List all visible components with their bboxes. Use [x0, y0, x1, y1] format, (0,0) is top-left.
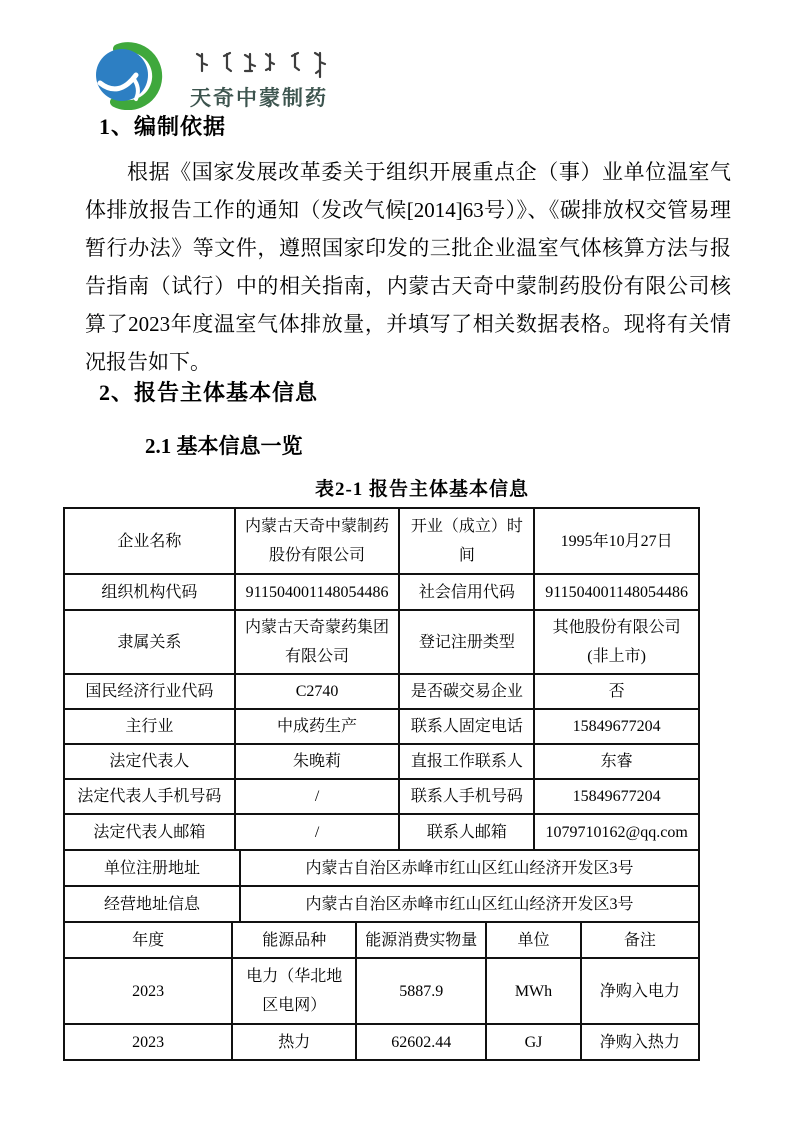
cell-value: 其他股份有限公司 (非上市) — [534, 610, 699, 674]
cell-value: 1995年10月27日 — [534, 508, 699, 574]
cell-value: C2740 — [235, 674, 400, 709]
cell-label: 法定代表人 — [64, 744, 235, 779]
address-table: 单位注册地址 内蒙古自治区赤峰市红山区红山经济开发区3号 经营地址信息 内蒙古自… — [63, 849, 700, 923]
basic-info-table: 企业名称 内蒙古天奇中蒙制药 股份有限公司 开业（成立）时 间 1995年10月… — [63, 507, 700, 1061]
cell-value: 内蒙古自治区赤峰市红山区红山经济开发区3号 — [240, 850, 699, 886]
cell-value: / — [235, 779, 400, 814]
cell-label: 联系人手机号码 — [399, 779, 534, 814]
energy-table: 年度 能源品种 能源消费实物量 单位 备注 2023 电力（华北地 区电网） 5… — [63, 921, 700, 1061]
cell-label: 法定代表人手机号码 — [64, 779, 235, 814]
column-header: 单位 — [486, 922, 581, 958]
cell-value: 1079710162@qq.com — [534, 814, 699, 850]
brand-name: 天奇中蒙制药 — [190, 82, 334, 112]
cell-label: 企业名称 — [64, 508, 235, 574]
cell-value: 15849677204 — [534, 779, 699, 814]
table-caption: 表2-1 报告主体基本信息 — [50, 474, 794, 501]
table-row: 隶属关系 内蒙古天奇蒙药集团 有限公司 登记注册类型 其他股份有限公司 (非上市… — [64, 610, 699, 674]
cell-value: 中成药生产 — [235, 709, 400, 744]
cell-value: 净购入热力 — [581, 1024, 699, 1060]
table-row: 法定代表人邮箱 / 联系人邮箱 1079710162@qq.com — [64, 814, 699, 850]
cell-label: 登记注册类型 — [399, 610, 534, 674]
cell-label: 经营地址信息 — [64, 886, 240, 922]
table-row: 2023 热力 62602.44 GJ 净购入热力 — [64, 1024, 699, 1060]
cell-value: / — [235, 814, 400, 850]
cell-label: 组织机构代码 — [64, 574, 235, 610]
intro-paragraph: 根据《国家发展改革委关于组织开展重点企（事）业单位温室气体排放报告工作的通知（发… — [85, 153, 731, 381]
cell-value: 5887.9 — [356, 958, 486, 1024]
cell-value: 62602.44 — [356, 1024, 486, 1060]
table-row: 组织机构代码 911504001148054486 社会信用代码 9115040… — [64, 574, 699, 610]
section-2-1-heading: 2.1 基本信息一览 — [145, 430, 303, 460]
cell-label: 单位注册地址 — [64, 850, 240, 886]
cell-label: 法定代表人邮箱 — [64, 814, 235, 850]
table-row: 企业名称 内蒙古天奇中蒙制药 股份有限公司 开业（成立）时 间 1995年10月… — [64, 508, 699, 574]
section-1-heading: 1、编制依据 — [99, 110, 226, 141]
mongolian-script — [194, 50, 334, 80]
cell-value: MWh — [486, 958, 581, 1024]
cell-value: 电力（华北地 区电网） — [232, 958, 356, 1024]
section-2-heading: 2、报告主体基本信息 — [99, 376, 318, 407]
cell-value: 东睿 — [534, 744, 699, 779]
table-row: 法定代表人手机号码 / 联系人手机号码 15849677204 — [64, 779, 699, 814]
cell-label: 是否碳交易企业 — [399, 674, 534, 709]
cell-value: 15849677204 — [534, 709, 699, 744]
cell-value: 2023 — [64, 958, 232, 1024]
cell-label: 社会信用代码 — [399, 574, 534, 610]
column-header: 能源品种 — [232, 922, 356, 958]
table-row: 单位注册地址 内蒙古自治区赤峰市红山区红山经济开发区3号 — [64, 850, 699, 886]
cell-value: 911504001148054486 — [534, 574, 699, 610]
cell-value: GJ — [486, 1024, 581, 1060]
logo-globe-icon — [94, 42, 184, 110]
table-row: 国民经济行业代码 C2740 是否碳交易企业 否 — [64, 674, 699, 709]
cell-label: 主行业 — [64, 709, 235, 744]
cell-value: 911504001148054486 — [235, 574, 400, 610]
cell-value: 2023 — [64, 1024, 232, 1060]
cell-value: 内蒙古自治区赤峰市红山区红山经济开发区3号 — [240, 886, 699, 922]
cell-value: 热力 — [232, 1024, 356, 1060]
cell-value: 朱晚莉 — [235, 744, 400, 779]
column-header: 年度 — [64, 922, 232, 958]
table-row: 主行业 中成药生产 联系人固定电话 15849677204 — [64, 709, 699, 744]
cell-value: 净购入电力 — [581, 958, 699, 1024]
cell-value: 否 — [534, 674, 699, 709]
cell-label: 隶属关系 — [64, 610, 235, 674]
report-page: 天奇中蒙制药 1、编制依据 根据《国家发展改革委关于组织开展重点企（事）业单位温… — [0, 0, 794, 1124]
column-header: 能源消费实物量 — [356, 922, 486, 958]
cell-label: 联系人邮箱 — [399, 814, 534, 850]
column-header: 备注 — [581, 922, 699, 958]
company-logo: 天奇中蒙制药 — [94, 42, 334, 112]
table-row: 法定代表人 朱晚莉 直报工作联系人 东睿 — [64, 744, 699, 779]
cell-value: 内蒙古天奇蒙药集团 有限公司 — [235, 610, 400, 674]
cell-value: 内蒙古天奇中蒙制药 股份有限公司 — [235, 508, 400, 574]
table-row: 经营地址信息 内蒙古自治区赤峰市红山区红山经济开发区3号 — [64, 886, 699, 922]
cell-label: 国民经济行业代码 — [64, 674, 235, 709]
table-header-row: 年度 能源品种 能源消费实物量 单位 备注 — [64, 922, 699, 958]
table-row: 2023 电力（华北地 区电网） 5887.9 MWh 净购入电力 — [64, 958, 699, 1024]
cell-label: 直报工作联系人 — [399, 744, 534, 779]
cell-label: 开业（成立）时 间 — [399, 508, 534, 574]
cell-label: 联系人固定电话 — [399, 709, 534, 744]
info-table: 企业名称 内蒙古天奇中蒙制药 股份有限公司 开业（成立）时 间 1995年10月… — [63, 507, 700, 851]
